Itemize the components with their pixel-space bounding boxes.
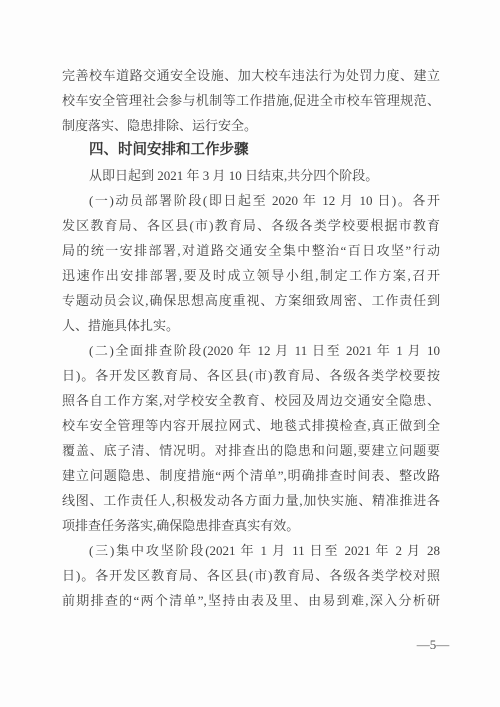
text-line: 从即日起到 2021 年 3 月 10 日结束,共分四个阶段。: [62, 163, 440, 188]
text-line: 线图、工作责任人,积极发动各方面力量,加快实施、精准推进各: [62, 488, 440, 513]
text-line: 完善校车道路交通安全设施、加大校车违法行为处罚力度、建立: [62, 63, 440, 88]
text-line: (二)全面排查阶段(2020 年 12 月 11 日至 2021 年 1 月 1…: [62, 338, 440, 363]
document-body: 完善校车道路交通安全设施、加大校车违法行为处罚力度、建立校车安全管理社会参与机制…: [62, 63, 440, 613]
page-number: —5—: [403, 636, 463, 654]
text-line: 覆盖、底子清、情况明。对排查出的隐患和问题,要建立问题要: [62, 438, 440, 463]
text-line: (三)集中攻坚阶段(2021 年 1 月 11 日至 2021 年 2 月 28: [62, 538, 440, 563]
text-line: 建立问题隐患、制度措施“两个清单”,明确排查时间表、整改路: [62, 463, 440, 488]
document-page: 完善校车道路交通安全设施、加大校车违法行为处罚力度、建立校车安全管理社会参与机制…: [0, 0, 500, 707]
text-line: 人、措施具体扎实。: [62, 313, 440, 338]
section-heading: 四、时间安排和工作步骤: [62, 138, 440, 163]
text-line: 制度落实、隐患排除、运行安全。: [62, 113, 440, 138]
text-line: 发区教育局、各区县(市)教育局、各级各类学校要根据市教育: [62, 213, 440, 238]
text-line: 前期排查的“两个清单”,坚持由表及里、由易到难,深入分析研: [62, 588, 440, 613]
text-line: (一)动员部署阶段(即日起至 2020 年 12 月 10 日)。各开: [62, 188, 440, 213]
text-line: 专题动员会议,确保思想高度重视、方案细致周密、工作责任到: [62, 288, 440, 313]
text-line: 校车安全管理社会参与机制等工作措施,促进全市校车管理规范、: [62, 88, 440, 113]
text-line: 日)。各开发区教育局、各区县(市)教育局、各级各类学校要按: [62, 363, 440, 388]
text-line: 日)。各开发区教育局、各区县(市)教育局、各级各类学校对照: [62, 563, 440, 588]
text-line: 迅速作出安排部署,要及时成立领导小组,制定工作方案,召开: [62, 263, 440, 288]
text-line: 项排查任务落实,确保隐患排查真实有效。: [62, 513, 440, 538]
text-line: 校车安全管理等内容开展拉网式、地毯式排摸检查,真正做到全: [62, 413, 440, 438]
text-line: 照各自工作方案,对学校安全教育、校园及周边交通安全隐患、: [62, 388, 440, 413]
text-line: 局的统一安排部署,对道路交通安全集中整治“百日攻坚”行动: [62, 238, 440, 263]
